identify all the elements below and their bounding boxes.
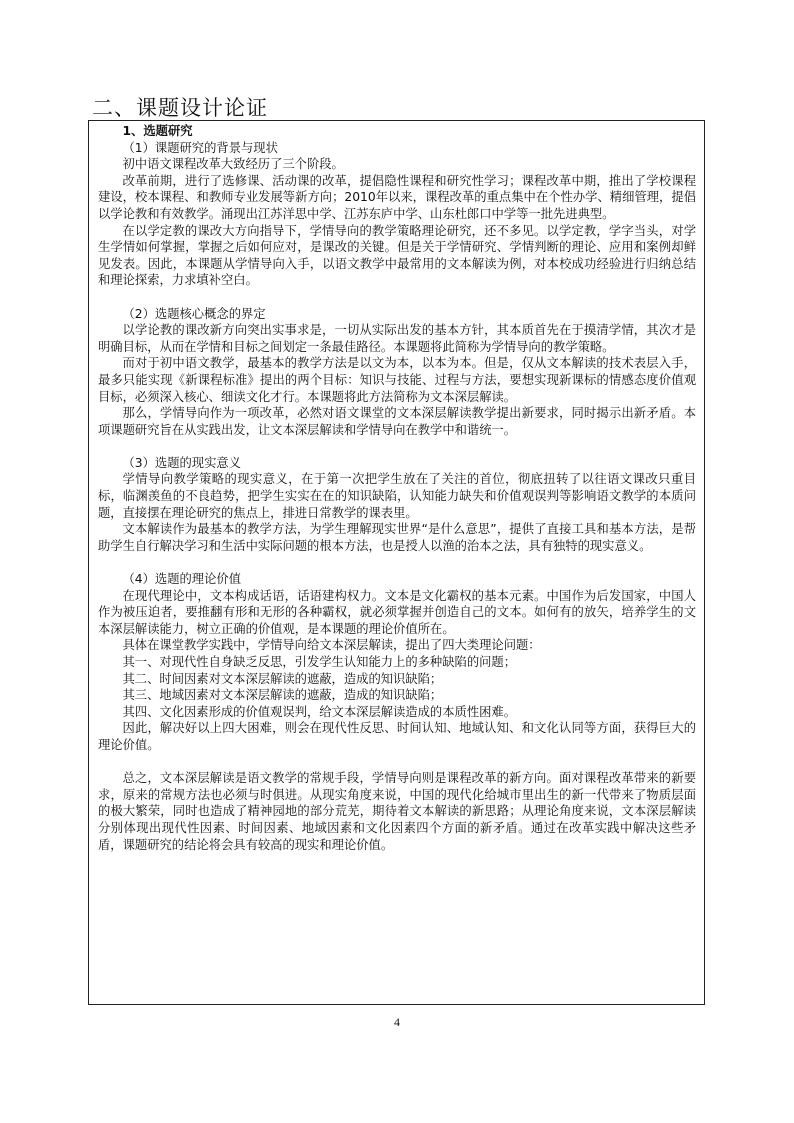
subheading-theoretical-value: （4）选题的理论价值 bbox=[98, 571, 696, 588]
paragraph: 在现代理论中，文本构成话语，话语建构权力。文本是文化霸权的基本元素。中国作为后发… bbox=[98, 588, 696, 638]
list-item: 其一、对现代性自身缺乏反思，引发学生认知能力上的多种缺陷的问题； bbox=[98, 654, 696, 671]
paragraph: 因此，解决好以上四大困难，则会在现代性反思、时间认知、地域认知、和文化认同等方面… bbox=[98, 720, 696, 753]
conclusion-paragraph: 总之，文本深层解读是语文教学的常规手段，学情导向则是课程改革的新方向。面对课程改… bbox=[98, 770, 696, 853]
section-title: 二、课题设计论证 bbox=[92, 92, 268, 122]
list-item: 其三、地域因素对文本深层解读的遮蔽，造成的知识缺陷； bbox=[98, 687, 696, 704]
heading-topic-research: 1、选题研究 bbox=[98, 123, 696, 140]
subheading-core-concept: （2）选题核心概念的界定 bbox=[98, 306, 696, 323]
paragraph: 那么，学情导向作为一项改革，必然对语文课堂的文本深层解读教学提出新要求，同时揭示… bbox=[98, 405, 696, 438]
list-item: 其二、时间因素对文本深层解读的遮蔽，造成的知识缺陷； bbox=[98, 671, 696, 688]
paragraph: 以学论教的课改新方向突出实事求是，一切从实际出发的基本方针，其本质首先在于摸清学… bbox=[98, 322, 696, 355]
paragraph: 而对于初中语文教学，最基本的教学方法是以文为本，以本为本。但是，仅从文本解读的技… bbox=[98, 355, 696, 405]
spacer bbox=[98, 754, 696, 771]
paragraph: 初中语文课程改革大致经历了三个阶段。 bbox=[98, 156, 696, 173]
paragraph: 改革前期，进行了选修课、活动课的改革，提倡隐性课程和研究性学习；课程改革中期，推… bbox=[98, 173, 696, 223]
content-box: 1、选题研究 （1）课题研究的背景与现状 初中语文课程改革大致经历了三个阶段。 … bbox=[88, 120, 705, 1005]
subheading-background: （1）课题研究的背景与现状 bbox=[98, 140, 696, 157]
spacer bbox=[98, 554, 696, 571]
paragraph: 学情导向教学策略的现实意义，在于第一次把学生放在了关注的首位，彻底扭转了以往语文… bbox=[98, 471, 696, 521]
subheading-practical-significance: （3）选题的现实意义 bbox=[98, 455, 696, 472]
page-number: 4 bbox=[0, 1015, 794, 1030]
spacer bbox=[98, 289, 696, 306]
spacer bbox=[98, 438, 696, 455]
paragraph: 文本解读作为最基本的教学方法，为学生理解现实世界“是什么意思”，提供了直接工具和… bbox=[98, 521, 696, 554]
paragraph: 具体在课堂教学实践中，学情导向给文本深层解读，提出了四大类理论问题： bbox=[98, 637, 696, 654]
list-item: 其四、文化因素形成的价值观误判，给文本深层解读造成的本质性困难。 bbox=[98, 704, 696, 721]
paragraph: 在以学定教的课改大方向指导下，学情导向的教学策略理论研究，还不多见。以学定教，学… bbox=[98, 223, 696, 289]
